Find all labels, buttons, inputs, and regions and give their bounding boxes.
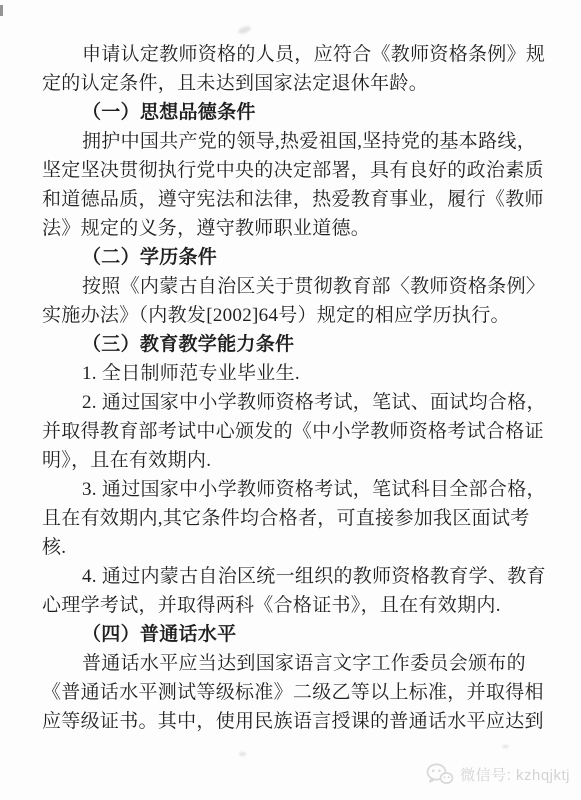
document-line: 实施办法》（内教发[2002]64号）规定的相应学历执行。: [42, 301, 553, 330]
section-heading: （四）普通话水平: [42, 620, 553, 649]
document-line: 心理学考试，并取得两科《合格证书》，且在有效期内.: [42, 591, 553, 620]
document-line: 坚定坚决贯彻执行党中央的决定部署，具有良好的政治素质: [42, 156, 553, 185]
section-heading: （二）学历条件: [42, 243, 553, 272]
document-line: 3. 通过国家中小学教师资格考试，笔试科目全部合格，: [42, 475, 553, 504]
wechat-icon: [426, 763, 454, 786]
document-line: 明》，且在有效期内.: [42, 446, 553, 475]
document-line: 并取得教育部考试中心颁发的《中小学教师资格考试合格证: [42, 417, 553, 446]
watermark: 微信号: kzhqjktj: [426, 763, 570, 786]
document-line: 4. 通过内蒙古自治区统一组织的教师资格教育学、教育: [42, 562, 553, 591]
scan-edge-artifact: [0, 5, 3, 16]
watermark-label: 微信号: kzhqjktj: [460, 764, 570, 785]
document-line: 按照《内蒙古自治区关于贯彻教育部〈教师资格条例〉: [42, 272, 553, 301]
document-line: 1. 全日制师范专业毕业生.: [42, 359, 553, 388]
section-heading: （三）教育教学能力条件: [42, 330, 553, 359]
scan-smudge: [239, 752, 246, 756]
scan-smudge: [502, 745, 509, 748]
section-heading: （一）思想品德条件: [42, 98, 553, 127]
document-line: 核.: [42, 533, 553, 562]
document-line: 2. 通过国家中小学教师资格考试，笔试、面试均合格，: [42, 388, 553, 417]
scanned-document-page: 申请认定教师资格的人员，应符合《教师资格条例》规定的认定条件，且未达到国家法定退…: [0, 0, 581, 800]
document-body: 申请认定教师资格的人员，应符合《教师资格条例》规定的认定条件，且未达到国家法定退…: [42, 40, 553, 736]
document-line: 普通话水平应当达到国家语言文字工作委员会颁布的: [42, 649, 553, 678]
document-line: 拥护中国共产党的领导,热爱祖国,坚持党的基本路线，: [42, 127, 553, 156]
document-line: 法》规定的义务，遵守教师职业道德。: [42, 214, 553, 243]
document-line: 且在有效期内,其它条件均合格者，可直接参加我区面试考: [42, 504, 553, 533]
document-line: 《普通话水平测试等级标准》二级乙等以上标准，并取得相: [42, 678, 553, 707]
document-line: 和道德品质，遵守宪法和法律，热爱教育事业，履行《教师: [42, 185, 553, 214]
document-line: 定的认定条件，且未达到国家法定退休年龄。: [42, 69, 553, 98]
document-line: 应等级证书。其中，使用民族语言授课的普通话水平应达到: [42, 707, 553, 736]
document-line: 申请认定教师资格的人员，应符合《教师资格条例》规: [42, 40, 553, 69]
scan-smudge: [237, 25, 251, 35]
